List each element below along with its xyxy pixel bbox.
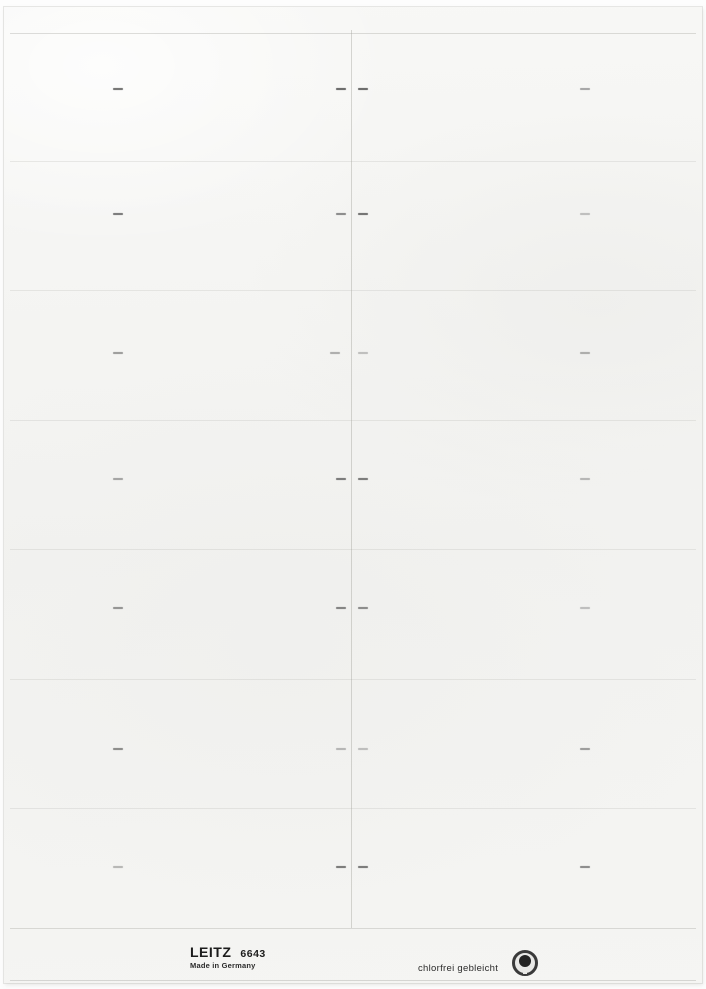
row-divider-line	[10, 679, 696, 680]
alignment-dash	[113, 352, 123, 354]
alignment-dash	[358, 213, 368, 215]
alignment-dash	[113, 213, 123, 215]
alignment-dash	[358, 607, 368, 609]
row-divider-line	[10, 928, 696, 929]
alignment-dash	[330, 352, 340, 354]
alignment-dash	[113, 478, 123, 480]
alignment-dash	[358, 88, 368, 90]
alignment-dash	[358, 866, 368, 868]
alignment-dash	[336, 213, 346, 215]
alignment-dash	[113, 88, 123, 90]
row-divider-line	[10, 161, 696, 162]
alignment-dash	[336, 748, 346, 750]
alignment-dash	[113, 866, 123, 868]
brand-name: LEITZ	[190, 946, 231, 958]
alignment-dash	[358, 748, 368, 750]
alignment-dash	[358, 352, 368, 354]
alignment-dash	[113, 607, 123, 609]
alignment-dash	[580, 866, 590, 868]
row-divider-line	[10, 549, 696, 550]
alignment-dash	[336, 866, 346, 868]
alignment-dash	[336, 607, 346, 609]
eco-text: chlorfrei gebleicht	[418, 963, 498, 974]
eco-logo-icon	[512, 950, 538, 976]
alignment-dash	[580, 88, 590, 90]
eco-logo-notch	[523, 971, 527, 974]
row-divider-line	[10, 420, 696, 421]
alignment-dash	[336, 88, 346, 90]
origin-text: Made in Germany	[190, 961, 266, 970]
brand-imprint: LEITZ 6643 Made in Germany	[190, 946, 266, 970]
model-number: 6643	[240, 948, 265, 960]
alignment-dash	[580, 213, 590, 215]
eco-imprint: chlorfrei gebleicht	[418, 948, 538, 976]
product-photo: LEITZ 6643 Made in Germany chlorfrei geb…	[0, 0, 706, 989]
center-perforation-line	[351, 30, 352, 928]
alignment-dash	[580, 748, 590, 750]
alignment-dash	[580, 478, 590, 480]
label-sheet	[4, 7, 702, 983]
alignment-dash	[580, 352, 590, 354]
row-divider-line	[10, 290, 696, 291]
alignment-dash	[113, 748, 123, 750]
alignment-dash	[580, 607, 590, 609]
eco-logo-core	[519, 955, 531, 967]
alignment-dash	[358, 478, 368, 480]
row-divider-line	[10, 808, 696, 809]
alignment-dash	[336, 478, 346, 480]
row-divider-line	[10, 33, 696, 34]
brand-row: LEITZ 6643	[190, 946, 266, 960]
